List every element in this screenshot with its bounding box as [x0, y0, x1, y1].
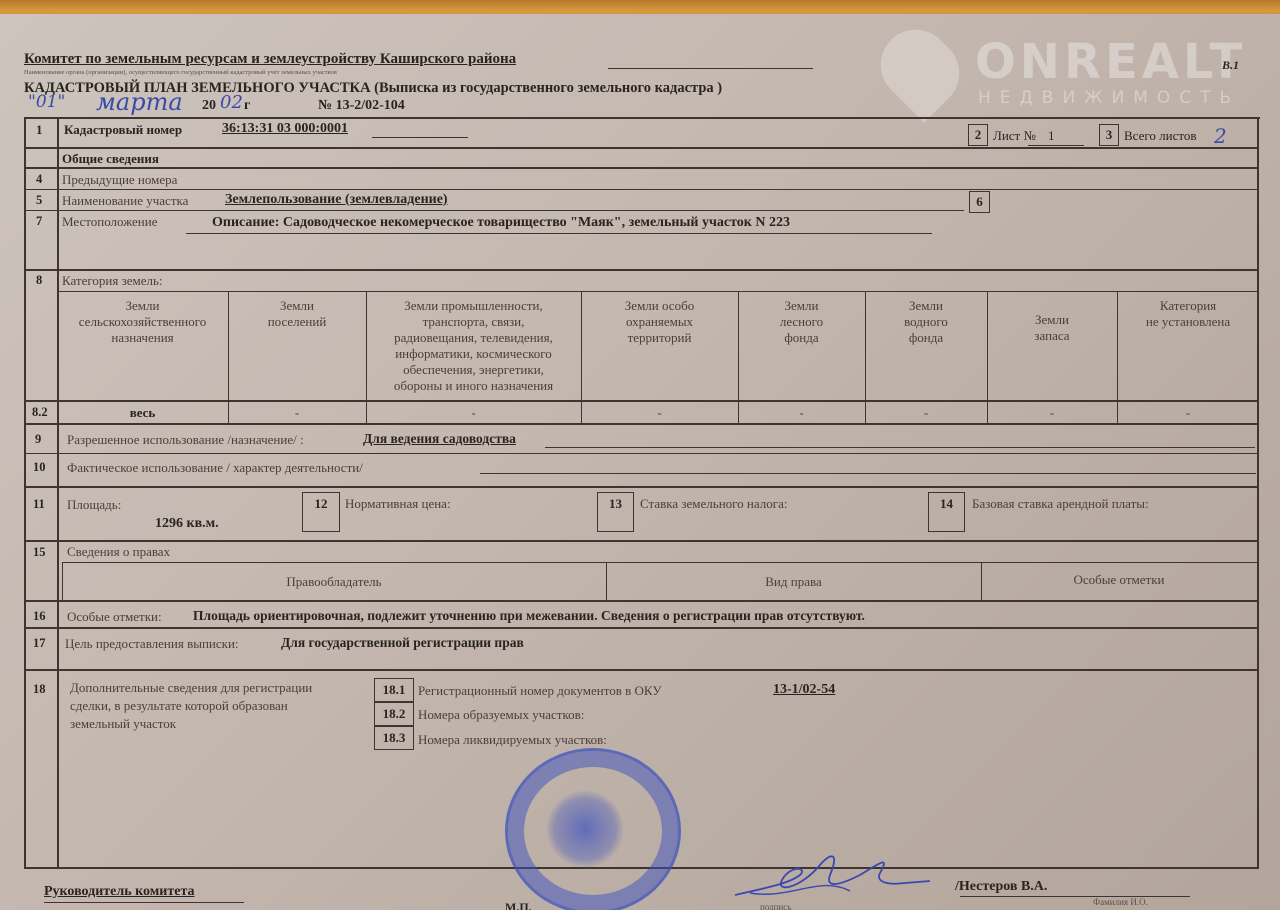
base-rent-rate-label: Базовая ставка арендной платы:	[972, 496, 1149, 512]
row-8-2-number: 8.2	[32, 405, 48, 420]
additional-info-label-line1: Дополнительные сведения для регистрации	[70, 680, 312, 696]
row-7-number: 7	[36, 214, 42, 229]
plot-name-label: Наименование участка	[62, 193, 188, 209]
normative-price-label: Нормативная цена:	[345, 496, 451, 512]
land-category-value: -	[228, 405, 366, 421]
document-number: № 13-2/02-104	[318, 98, 405, 114]
land-category-header: Землипоселений	[228, 298, 366, 330]
date-month: марта	[96, 88, 183, 116]
land-category-value: -	[865, 405, 987, 421]
land-category-value: -	[987, 405, 1117, 421]
stamp-place-caption: М.П.	[505, 900, 532, 910]
cadastral-number-label: Кадастровый номер	[64, 122, 182, 138]
watermark-subtitle: НЕДВИЖИМОСТЬ	[978, 88, 1240, 108]
formed-plots-label: Номера образуемых участков:	[418, 707, 584, 723]
permitted-use-value: Для ведения садоводства	[363, 431, 516, 447]
land-category-header: Земливодногофонда	[865, 298, 987, 346]
coat-of-arms-icon	[545, 790, 625, 868]
previous-numbers-label: Предыдущие номера	[62, 172, 177, 188]
sheet-number-label: Лист №	[993, 128, 1036, 144]
location-value: Описание: Садоводческое некомерческое то…	[212, 215, 790, 231]
area-value: 1296 кв.м.	[155, 516, 219, 532]
row-1-number: 1	[36, 122, 43, 138]
land-category-header: Категорияне установлена	[1117, 298, 1259, 330]
total-sheets-label: Всего листов	[1124, 128, 1197, 144]
special-notes-label: Особые отметки:	[67, 609, 162, 625]
row-9-number: 9	[35, 432, 41, 447]
row-10-number: 10	[33, 460, 46, 475]
additional-info-label-line3: земельный участок	[70, 716, 176, 732]
signature	[730, 845, 940, 905]
signature-caption: подпись	[760, 902, 791, 910]
date-year-prefix: 20	[202, 98, 216, 114]
registration-number-label: Регистрационный номер документов в ОКУ	[418, 683, 662, 699]
row-8-number: 8	[36, 273, 42, 288]
committee-head-label: Руководитель комитета	[44, 884, 195, 900]
land-category-value: -	[738, 405, 865, 421]
land-category-header: Земли промышленности,транспорта, связи,р…	[366, 298, 581, 394]
rights-info-label: Сведения о правах	[67, 544, 170, 560]
plot-name-value: Землепользование (землевладение)	[225, 192, 448, 208]
row-13-number-box: 13	[597, 492, 634, 532]
additional-info-label-line2: сделки, в результате которой образован	[70, 698, 288, 714]
row-11-number: 11	[33, 497, 45, 512]
area-label: Площадь:	[67, 497, 121, 513]
row-5-number: 5	[36, 193, 42, 208]
date-year-suffix: 02	[220, 92, 243, 113]
row-14-number-box: 14	[928, 492, 965, 532]
special-notes-value: Площадь ориентировочная, подлежит уточне…	[193, 608, 865, 624]
land-category-value: весь	[57, 405, 228, 421]
cadastral-number-value: 36:13:31 03 000:0001	[222, 121, 348, 137]
row-3-number-box: 3	[1099, 124, 1119, 146]
land-category-header: Землилесногофонда	[738, 298, 865, 346]
row-2-number-box: 2	[968, 124, 988, 146]
general-info-heading: Общие сведения	[62, 151, 159, 167]
date-year-letter: г	[244, 98, 250, 114]
row-12-number-box: 12	[302, 492, 340, 532]
row-4-number: 4	[36, 172, 42, 187]
land-category-value: -	[581, 405, 738, 421]
row-18-2-number-box: 18.2	[374, 702, 414, 726]
rights-header-type: Вид права	[606, 574, 981, 590]
land-category-value: -	[366, 405, 581, 421]
row-18-3-number-box: 18.3	[374, 726, 414, 750]
land-category-header: Землисельскохозяйственногоназначения	[57, 298, 228, 346]
row-6-number-box: 6	[969, 191, 990, 213]
actual-use-label: Фактическое использование / характер дея…	[67, 460, 363, 476]
permitted-use-label: Разрешенное использование /назначение/ :	[67, 432, 304, 448]
sheet-number-value: 1	[1048, 128, 1055, 144]
organization-caption: Наименование органа (организации), осуще…	[24, 69, 337, 76]
row-16-number: 16	[33, 609, 46, 624]
extract-purpose-label: Цель предоставления выписки:	[65, 636, 239, 652]
extract-purpose-value: Для государственной регистрации прав	[281, 635, 524, 651]
watermark-brand: ONREALT	[975, 34, 1246, 90]
rights-header-holder: Правообладатель	[62, 574, 606, 590]
land-category-label: Категория земель:	[62, 273, 163, 289]
row-18-number: 18	[33, 682, 46, 697]
date-day: "01"	[28, 92, 65, 112]
total-sheets-value: 2	[1214, 124, 1227, 148]
organization-name: Комитет по земельным ресурсам и землеуст…	[24, 51, 516, 68]
signatory-name: /Нестеров В.А.	[955, 879, 1047, 895]
liquidated-plots-label: Номера ликвидируемых участков:	[418, 732, 607, 748]
rights-header-notes: Особые отметки	[981, 572, 1257, 588]
form-code: В.1	[1222, 58, 1239, 73]
land-category-header: Землизапаса	[987, 312, 1117, 344]
land-category-header: Земли особоохраняемыхтерриторий	[581, 298, 738, 346]
signatory-name-caption: Фамилия И.О.	[1093, 897, 1148, 907]
row-15-number: 15	[33, 545, 46, 560]
row-17-number: 17	[33, 636, 46, 651]
registration-number-value: 13-1/02-54	[773, 682, 835, 698]
land-category-value: -	[1117, 405, 1259, 421]
land-tax-rate-label: Ставка земельного налога:	[640, 496, 787, 512]
location-label: Местоположение	[62, 214, 157, 230]
row-18-1-number-box: 18.1	[374, 678, 414, 702]
